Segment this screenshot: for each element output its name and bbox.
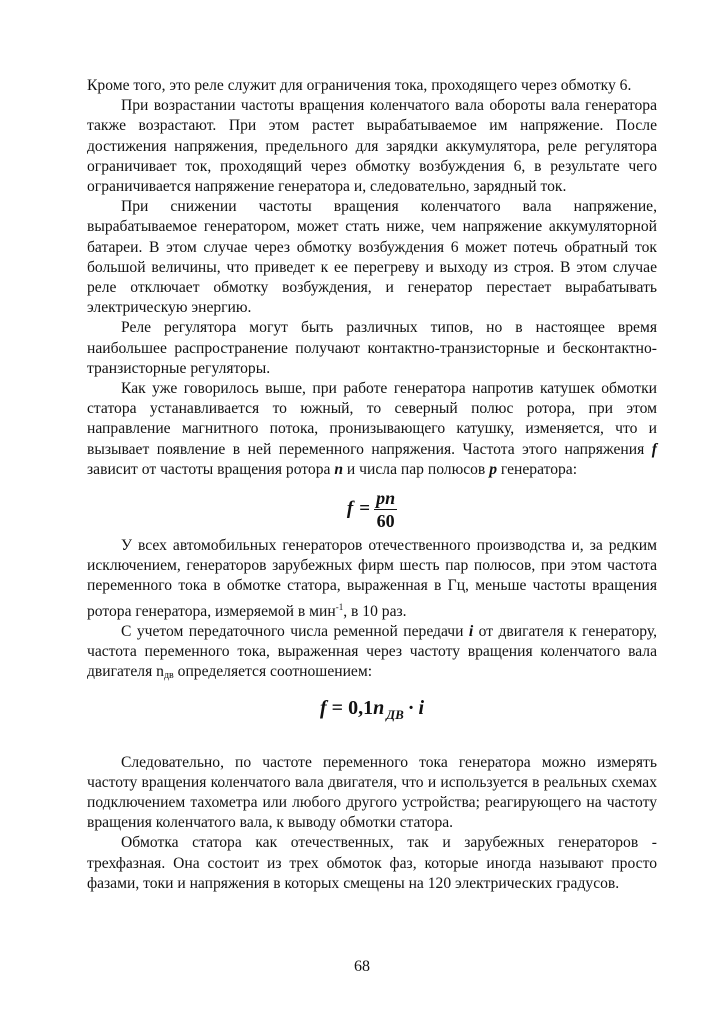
symbol-p: p <box>489 461 497 478</box>
paragraph-three-phase: Обмотка статора как отечественных, так и… <box>87 833 657 894</box>
formula-subscript: ДВ <box>386 707 404 723</box>
formula-equals: = <box>327 697 348 720</box>
paragraph-relay-current-limit: Кроме того, это реле служит для ограниче… <box>87 76 657 96</box>
text-segment: зависит от частоты вращения ротора <box>87 461 334 478</box>
formula-engine-frequency: f = 0,1 n ДВ · i <box>87 697 657 741</box>
paragraph-speed-increase: При возрастании частоты вращения коленча… <box>87 96 657 197</box>
symbol-f: f <box>652 441 657 458</box>
paragraph-gear-ratio: С учетом передаточного числа ременной пе… <box>87 622 657 687</box>
page-number: 68 <box>0 958 724 976</box>
text-segment: генератора: <box>497 461 577 478</box>
formula-factor: i <box>418 697 424 720</box>
formula-variable: n <box>373 697 384 720</box>
paragraph-speed-decrease: При снижении частоты вращения коленчатог… <box>87 197 657 318</box>
symbol-n: n <box>334 461 343 478</box>
formula-dot: · <box>408 697 415 720</box>
subscript: дв <box>164 670 174 681</box>
formula-coefficient: 0,1 <box>348 697 373 720</box>
text-segment: и числа пар полюсов <box>343 461 489 478</box>
text-segment: определяется соотношением: <box>174 663 372 680</box>
document-page: Кроме того, это реле служит для ограниче… <box>87 76 657 894</box>
text-segment: , в 10 раз. <box>343 603 406 620</box>
paragraph-frequency-dependence: Как уже говорилось выше, при работе гене… <box>87 379 657 480</box>
formula-lhs: f <box>320 697 327 720</box>
fraction-numerator: pn <box>374 488 397 510</box>
fraction-denominator: 60 <box>377 510 395 531</box>
text-segment: Как уже говорилось выше, при работе гене… <box>87 380 657 458</box>
text-segment: С учетом передаточного числа ременной пе… <box>121 623 469 640</box>
paragraph-regulator-types: Реле регулятора могут быть различных тип… <box>87 318 657 379</box>
formula-frequency-fraction: f = pn 60 <box>87 484 657 534</box>
paragraph-tachometer: Следовательно, по частоте переменного то… <box>87 753 657 834</box>
fraction: pn 60 <box>374 488 397 531</box>
formula-lhs: f <box>347 498 353 520</box>
paragraph-pole-pairs: У всех автомобильных генераторов отечест… <box>87 536 657 622</box>
formula-equals: = <box>359 498 370 520</box>
